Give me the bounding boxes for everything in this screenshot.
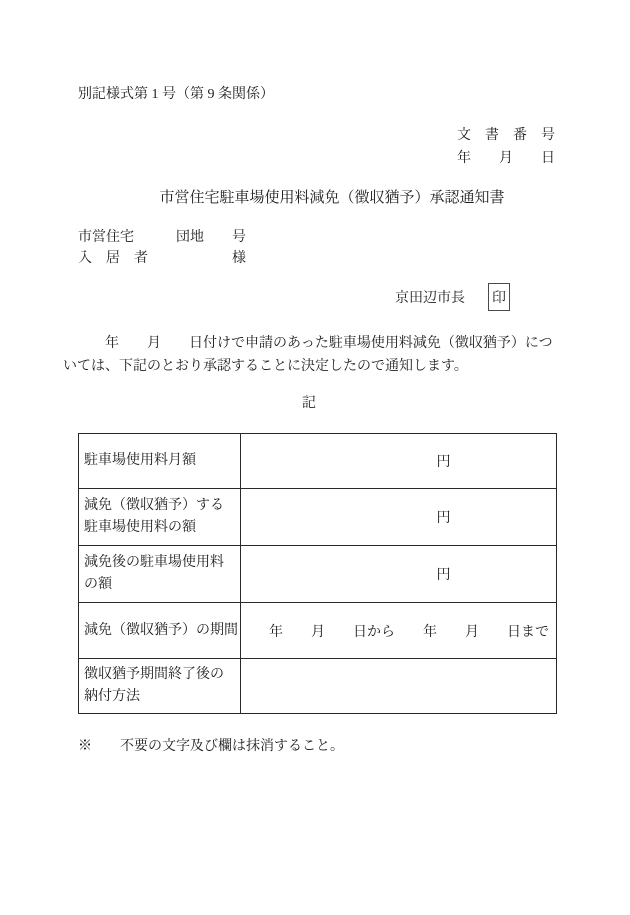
table-row: 減免（徴収猶予）の期間 年 月 日から 年 月 日まで	[79, 603, 557, 659]
table-row: 徴収猶予期間終了後の 納付方法	[79, 659, 557, 714]
row-value: 年 月 日から 年 月 日まで	[241, 603, 557, 659]
row-value: 円	[241, 434, 557, 489]
row-label: 減免後の駐車場使用料 の額	[79, 546, 241, 603]
table-row: 減免（徴収猶予）する 駐車場使用料の額 円	[79, 489, 557, 546]
resident-line: 入 居 者 様	[78, 248, 555, 269]
document-date-line: 年 月 日	[63, 147, 555, 170]
document-title: 市営住宅駐車場使用料減免（徴収猶予）承認通知書	[109, 188, 555, 208]
row-value: 円	[241, 546, 557, 603]
document-meta-block: 文 書 番 号 年 月 日	[63, 124, 555, 170]
housing-unit-line: 市営住宅 団地 号	[78, 227, 555, 248]
body-paragraph: 年 月 日付けで申請のあった駐車場使用料減免（徴収猶予）については、下記のとおり…	[63, 332, 555, 378]
record-marker: 記	[63, 395, 555, 413]
document-number-line: 文 書 番 号	[63, 124, 555, 147]
mayor-name: 京田辺市長	[395, 287, 465, 307]
table-row: 減免後の駐車場使用料 の額 円	[79, 546, 557, 603]
notice-document: 別記様式第 1 号（第 9 条関係） 文 書 番 号 年 月 日 市営住宅駐車場…	[0, 0, 630, 915]
row-value	[241, 659, 557, 714]
row-value: 円	[241, 489, 557, 546]
row-label: 減免（徴収猶予）の期間	[79, 603, 241, 659]
row-label: 減免（徴収猶予）する 駐車場使用料の額	[79, 489, 241, 546]
footnote: ※ 不要の文字及び欄は抹消すること。	[63, 739, 555, 755]
seal-box: 印	[488, 283, 510, 311]
form-style-number: 別記様式第 1 号（第 9 条関係）	[63, 86, 555, 104]
row-label: 駐車場使用料月額	[79, 434, 241, 489]
row-label: 徴収猶予期間終了後の 納付方法	[79, 659, 241, 714]
table-row: 駐車場使用料月額 円	[79, 434, 557, 489]
issuer-line: 京田辺市長 印	[63, 283, 555, 311]
seal-mark: 印	[492, 287, 506, 307]
notice-table: 駐車場使用料月額 円 減免（徴収猶予）する 駐車場使用料の額 円 減免後の駐車場…	[78, 433, 557, 714]
addressee-block: 市営住宅 団地 号 入 居 者 様	[63, 227, 555, 269]
